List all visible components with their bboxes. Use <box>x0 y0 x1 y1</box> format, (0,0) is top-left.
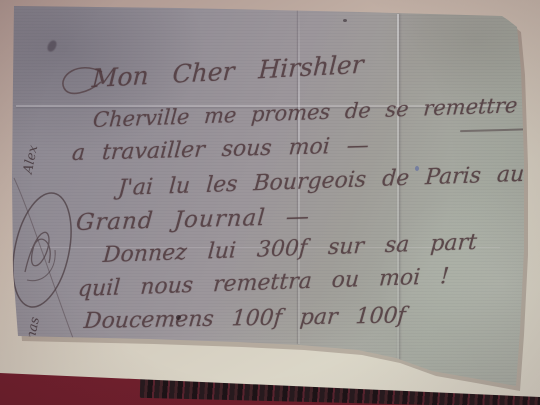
letter-photograph: Mon Cher Hirshler Cherville me promes de… <box>0 0 540 405</box>
ink-speck <box>343 19 347 22</box>
blue-ink-speck <box>415 166 419 171</box>
ink-blot <box>176 315 181 320</box>
